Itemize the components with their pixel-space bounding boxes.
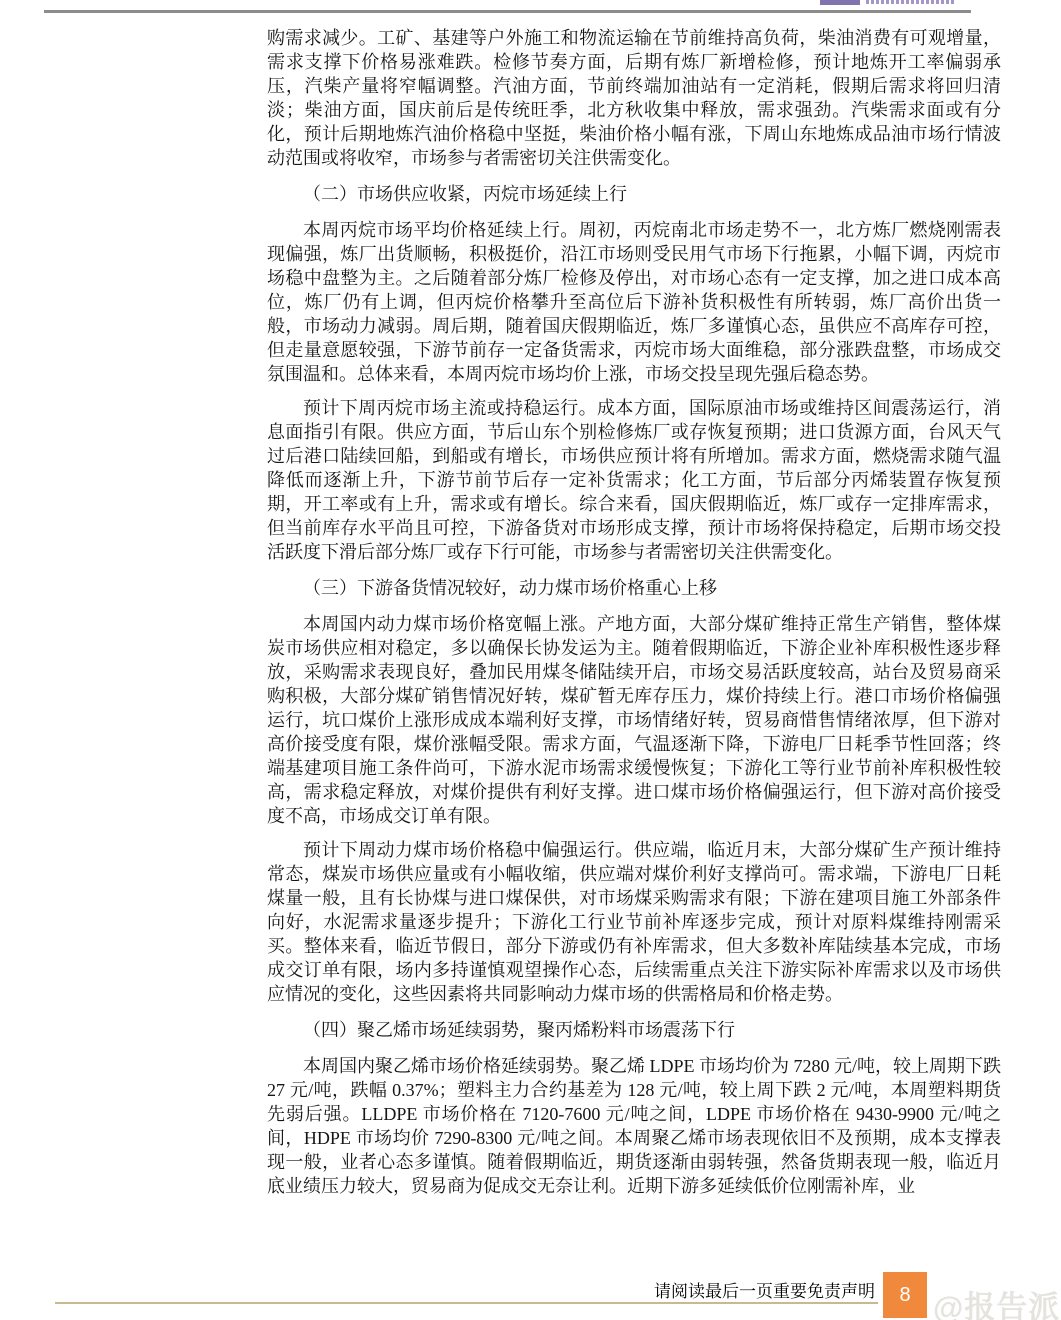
paragraph-polyethylene-review: 本周国内聚乙烯市场价格延续弱势。聚乙烯 LDPE 市场均价为 7280 元/吨，… bbox=[267, 1054, 1001, 1198]
section-heading-propane: （二）市场供应收紧，丙烷市场延续上行 bbox=[267, 182, 1001, 206]
footer-divider bbox=[55, 1302, 878, 1304]
report-body: 购需求减少。工矿、基建等户外施工和物流运输在节前维持高负荷，柴油消费有可观增量，… bbox=[267, 26, 1001, 1198]
page-number-badge: 8 bbox=[883, 1272, 927, 1318]
section-heading-polyethylene: （四）聚乙烯市场延续弱势，聚丙烯粉料市场震荡下行 bbox=[267, 1018, 1001, 1042]
section-heading-thermal-coal: （三）下游备货情况较好，动力煤市场价格重心上移 bbox=[267, 576, 1001, 600]
watermark: @报告派 bbox=[933, 1282, 1060, 1320]
header-divider bbox=[44, 10, 971, 13]
paragraph-propane-forecast: 预计下周丙烷市场主流或持稳运行。成本方面，国际原油市场或维持区间震荡运行，消息面… bbox=[267, 396, 1001, 564]
footer-disclaimer: 请阅读最后一页重要免责声明 bbox=[654, 1277, 875, 1302]
paragraph-refined-oil-outlook: 购需求减少。工矿、基建等户外施工和物流运输在节前维持高负荷，柴油消费有可观增量，… bbox=[267, 26, 1001, 170]
paragraph-propane-week-review: 本周丙烷市场平均价格延续上行。周初，丙烷南北市场走势不一，北方炼厂燃烧刚需表现偏… bbox=[267, 218, 1001, 386]
paragraph-coal-forecast: 预计下周动力煤市场价格稳中偏强运行。供应端，临近月末，大部分煤矿生产预计维持常态… bbox=[267, 838, 1001, 1006]
paragraph-coal-week-review: 本周国内动力煤市场价格宽幅上涨。产地方面，大部分煤矿维持正常生产销售，整体煤炭市… bbox=[267, 612, 1001, 828]
report-page: 购需求减少。工矿、基建等户外施工和物流运输在节前维持高负荷，柴油消费有可观增量，… bbox=[0, 0, 1061, 1320]
brand-logo-text-fragment bbox=[866, 0, 956, 4]
brand-logo-icon bbox=[820, 0, 860, 5]
